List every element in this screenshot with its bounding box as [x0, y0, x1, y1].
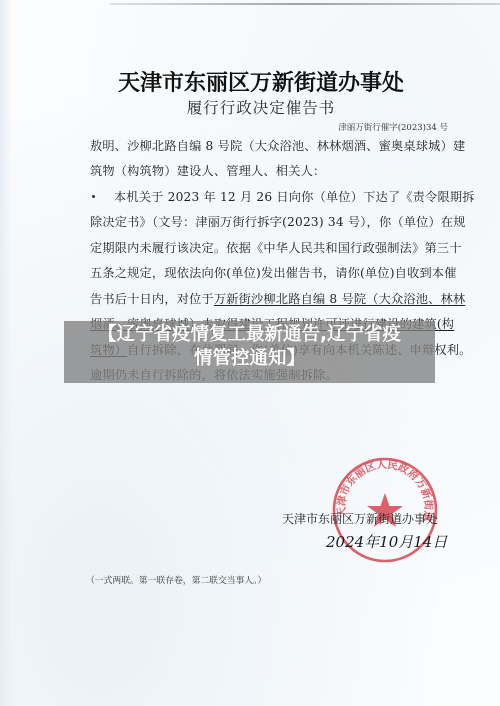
body-line: 五条之规定，现依法向你(单位)发出催告书，请你(单位)自收到本催 [90, 264, 457, 281]
signature-date: 2024年10月14日 [326, 531, 447, 552]
body-line: 定期限内未履行该决定。依据《中华人民共和国行政强制法》第三十 [90, 239, 462, 256]
body-line: 除决定书》（文号：津丽万街行拆字(2023) 34 号），你（单位）在规 [90, 213, 466, 230]
overlay-title: 【辽宁省疫情复工最新通告,辽宁省疫 情管控通知】 [64, 323, 435, 371]
body-text: 告书后十日内，对位于 [90, 292, 214, 306]
signer-agency: 天津市东丽区万新街道办事处 [282, 510, 438, 527]
recipient-line: 筑物（构筑物）建设人、管理人、相关人： [90, 162, 325, 179]
paper-top-edge [110, 3, 500, 5]
agency-title: 天津市东丽区万新街道办事处 [0, 66, 500, 97]
overlay-title-line-2: 情管控通知】 [64, 347, 435, 371]
body-line: 本机关于 2023 年 12 月 26 日向你（单位）下达了《责令限期拆 [114, 188, 475, 205]
recipient-line: 敖明、沙柳北路自编 8 号院（大众浴池、林林烟酒、蜜奥桌球城）建 [90, 137, 465, 154]
underlined-address: 万新街沙柳北路自编 8 号院（大众浴池、林林 [214, 292, 465, 306]
document-number: 津丽万街行催字(2023)34 号 [338, 121, 448, 133]
overlay-title-line-1: 【辽宁省疫情复工最新通告,辽宁省疫 [64, 323, 435, 347]
document-title: 履行行政决定催告书 [0, 96, 500, 118]
body-line: 告书后十日内，对位于万新街沙柳北路自编 8 号院（大众浴池、林林 [90, 290, 465, 307]
footnote: （一式两联。第一联存卷，第二联交当事人。） [86, 573, 266, 586]
bullet-mark [92, 195, 95, 198]
